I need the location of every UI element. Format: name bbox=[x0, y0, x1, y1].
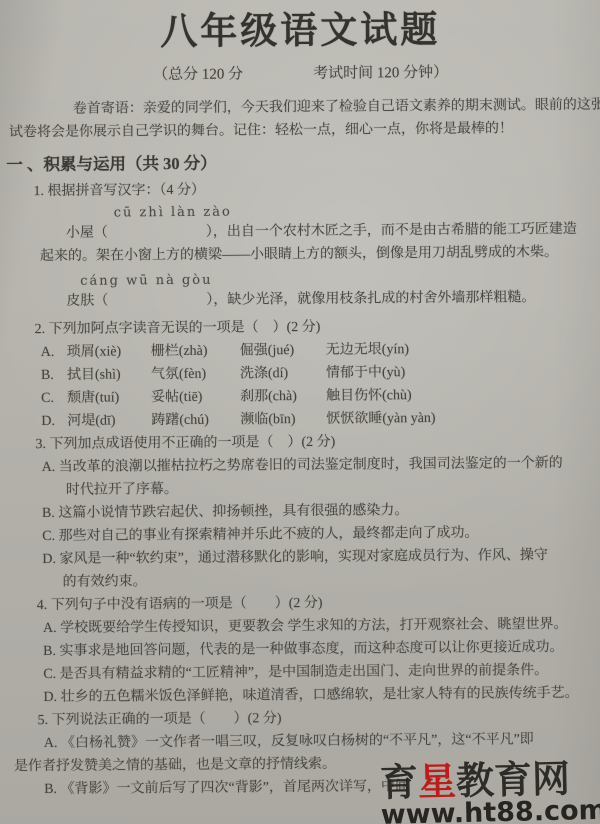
total-score: （总分 120 分 bbox=[153, 66, 243, 83]
q2-option-c-word-2: 妥帖(tiē) bbox=[151, 385, 240, 409]
exam-duration: 考试时间 120 分钟） bbox=[313, 65, 448, 82]
q2-option-a-word-4: 无边无垠(yín) bbox=[326, 337, 600, 362]
q4-option-d: D. 壮乡的五色糯米饭色泽鲜艳，味道清香，口感绵软，是壮家人特有的民族传统手艺。 bbox=[5, 682, 600, 710]
q2-option-b-word-2: 气氛(fèn) bbox=[151, 362, 240, 386]
q2-option-c-label: C. bbox=[41, 387, 67, 410]
q2-option-c-word-4: 触目伤怀(chù) bbox=[326, 383, 600, 408]
q3-option-a-line-1: A. 当改革的浪潮以摧枯拉朽之势席卷旧的司法鉴定制度时，我国司法鉴定的一个新的 bbox=[4, 452, 600, 480]
test-paper-photo: 八年级语文试题 （总分 120 分考试时间 120 分钟） 卷首寄语：亲爱的同学… bbox=[0, 0, 600, 824]
q2-option-a-word-2: 栅栏(zhà) bbox=[151, 339, 240, 363]
watermark-url: www.ht88.com bbox=[380, 798, 596, 824]
q2-option-a-word-3: 倔强(jué) bbox=[240, 339, 326, 363]
q2-option-a-word-1: 琐屑(xiè) bbox=[67, 340, 151, 364]
q2-option-d-word-4: 恹恹欲睡(yàn yàn) bbox=[326, 406, 600, 431]
q3-option-d-line-1: D. 家风是一种“软约束”，通过潜移默化的影响，实现对家庭成员行为、作风、操守 bbox=[4, 544, 600, 572]
exam-meta: （总分 120 分考试时间 120 分钟） bbox=[1, 62, 600, 87]
q2-option-b-word-4: 情郁于中(yù) bbox=[326, 360, 600, 385]
q2-option-a-label: A. bbox=[41, 341, 67, 364]
q2-option-d-word-3: 濒临(bīn) bbox=[240, 408, 326, 432]
preface: 卷首寄语：亲爱的同学们，今天我们迎来了检验自己语文素养的期末测试。眼前的这张 试… bbox=[1, 94, 600, 145]
paper-content: 八年级语文试题 （总分 120 分考试时间 120 分钟） 卷首寄语：亲爱的同学… bbox=[0, 0, 600, 824]
q2-option-d-word-1: 河堤(dī) bbox=[67, 409, 151, 433]
meta-gap bbox=[243, 78, 313, 79]
q2-option-b-label: B. bbox=[41, 364, 67, 387]
q2-option-b-word-3: 洗涤(dí) bbox=[240, 362, 326, 386]
q2-option-c-word-1: 颓唐(tuí) bbox=[67, 386, 151, 410]
q2-option-d-word-2: 踌躇(chú) bbox=[151, 408, 240, 432]
preface-line-2: 试卷将会是你展示自己学识的舞台。记住：轻松一点，细心一点，你将是最棒的！ bbox=[1, 117, 600, 145]
q2-option-d-label: D. bbox=[41, 410, 67, 433]
q1-text-line-3: 皮肤（ ），缺少光泽，就像用枝条扎成的村舍外墙那样粗糙。 bbox=[2, 286, 600, 314]
q1-heading: 1. 根据拼音写汉字：（4 分） bbox=[1, 176, 600, 204]
section-1-heading: 一 、积累与运用（共 30 分） bbox=[1, 150, 600, 177]
q2-option-d: D.河堤(dī)踌躇(chú)濒临(bīn)恹恹欲睡(yàn yàn) bbox=[3, 406, 600, 434]
q2-option-c-word-3: 刹那(chà) bbox=[240, 385, 326, 409]
page-title: 八年级语文试题 bbox=[0, 8, 600, 57]
q2-option-b-word-1: 拭目(shì) bbox=[67, 363, 151, 387]
q5-option-a-line-1: A. 《白杨礼赞》一文作者一唱三叹，反复咏叹白杨树的“不平凡”，这“不平凡”即 bbox=[6, 728, 600, 756]
watermark: 育星教育网 www.ht88.com bbox=[380, 758, 596, 824]
q1-text-line-2: 起来的。架在小窗上方的横梁——小眼睛上方的额头，倒像是用刀胡乱劈成的木柴。 bbox=[2, 241, 600, 269]
